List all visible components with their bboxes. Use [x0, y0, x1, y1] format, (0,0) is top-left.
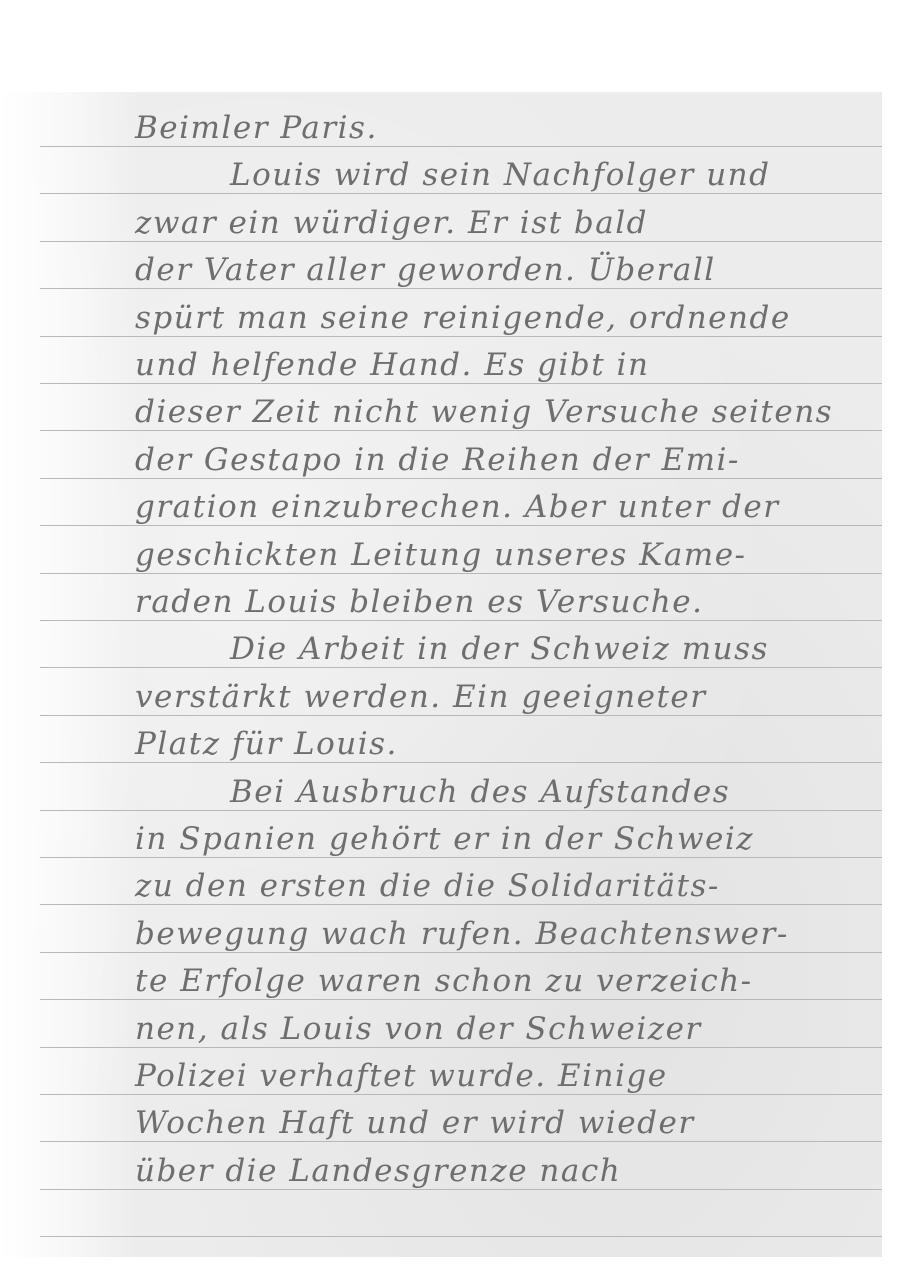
text-line: Louis wird sein Nachfolger und [0, 155, 901, 195]
text-line: raden Louis bleiben es Versuche. [0, 582, 901, 622]
text-line: in Spanien gehört er in der Schweiz [0, 819, 901, 859]
text-line: bewegung wach rufen. Beachtenswer- [0, 914, 901, 954]
text-line: Wochen Haft und er wird wieder [0, 1103, 901, 1143]
text-line: der Gestapo in die Reihen der Emi- [0, 440, 901, 480]
text-line: te Erfolge waren schon zu verzeich- [0, 961, 901, 1001]
text-line: geschickten Leitung unseres Kame- [0, 535, 901, 575]
text-line: spürt man seine reinigende, ordnende [0, 298, 901, 338]
rule-line [40, 1236, 882, 1237]
text-line: Bei Ausbruch des Aufstandes [0, 772, 901, 812]
text-line: und helfende Hand. Es gibt in [0, 345, 901, 385]
text-line: der Vater aller geworden. Überall [0, 250, 901, 290]
text-line: nen, als Louis von der Schweizer [0, 1009, 901, 1049]
text-line: zwar ein würdiger. Er ist bald [0, 203, 901, 243]
text-line: dieser Zeit nicht wenig Versuche seitens [0, 392, 901, 432]
text-line: verstärkt werden. Ein geeigneter [0, 677, 901, 717]
text-line: Beimler Paris. [0, 108, 901, 148]
text-line: Platz für Louis. [0, 724, 901, 764]
text-line: über die Landesgrenze nach [0, 1151, 901, 1191]
text-line: gration einzubrechen. Aber unter der [0, 487, 901, 527]
text-line: Polizei verhaftet wurde. Einige [0, 1056, 901, 1096]
text-line: zu den ersten die die Solidaritäts- [0, 866, 901, 906]
text-line: Die Arbeit in der Schweiz muss [0, 629, 901, 669]
